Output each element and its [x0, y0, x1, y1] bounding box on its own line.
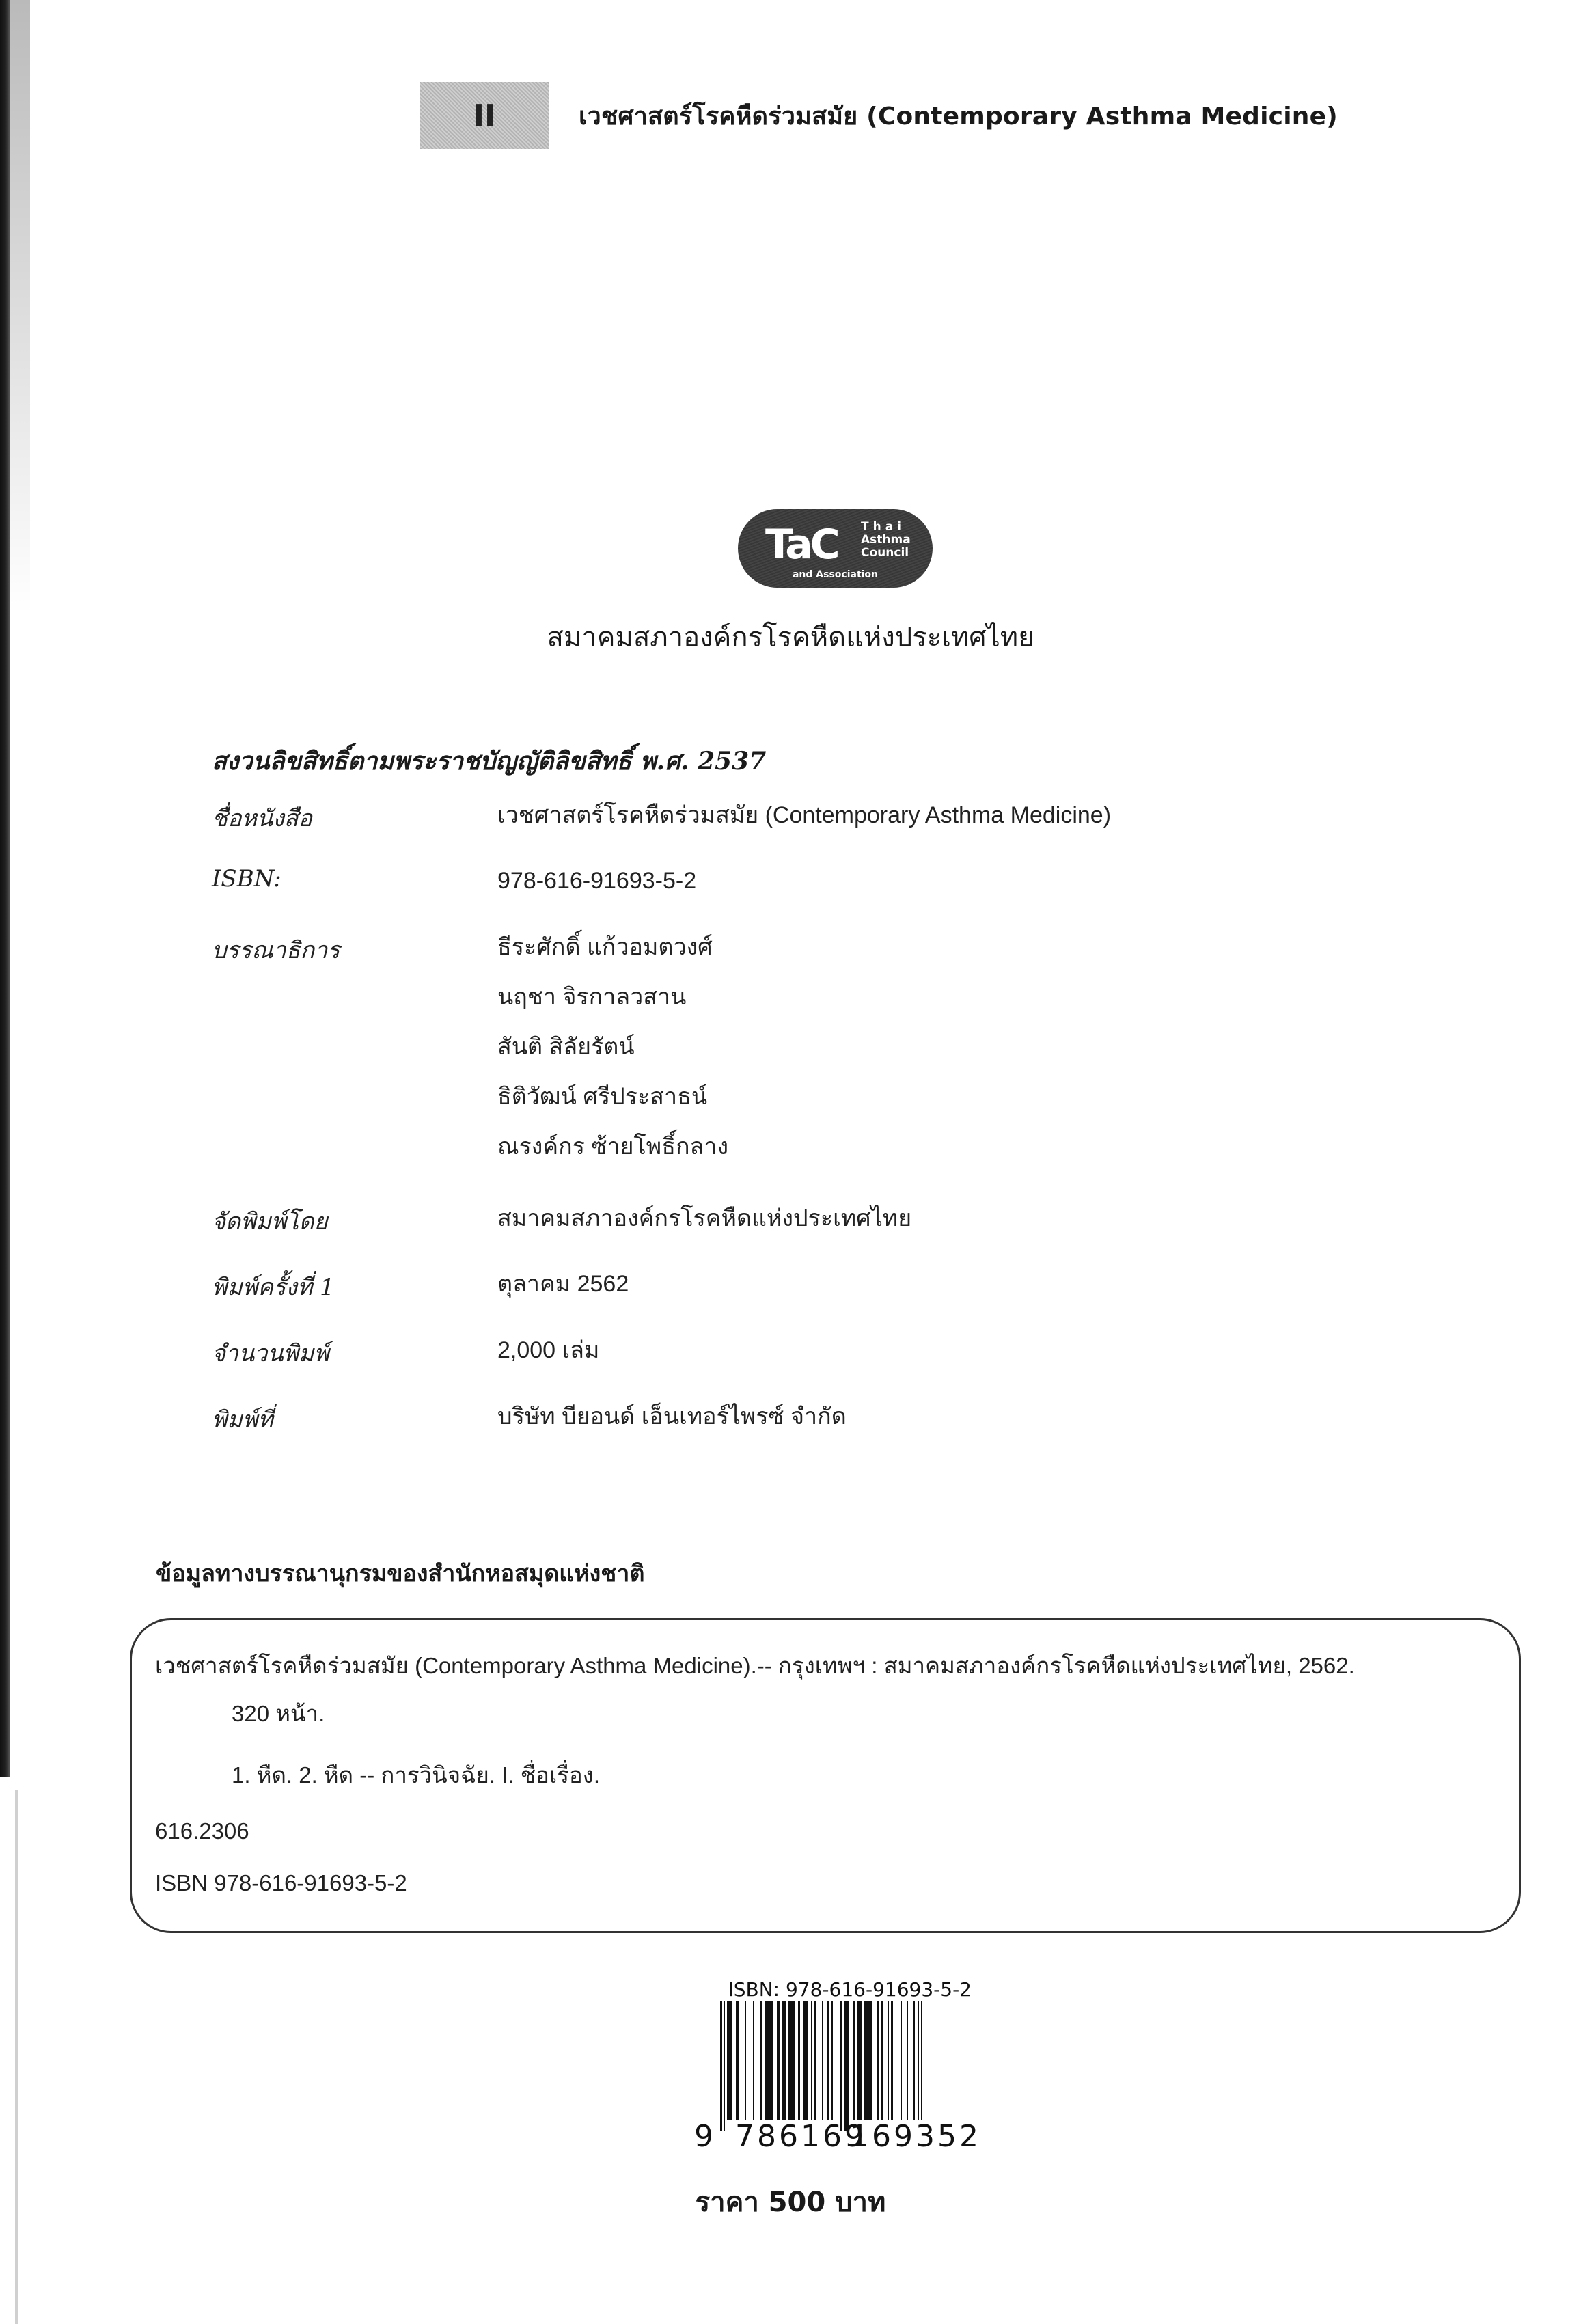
price: ราคา 500 บาท: [0, 2180, 1581, 2224]
detail-label: ISBN:: [212, 865, 497, 916]
organization-name: สมาคมสภาองค์กรโรคหืดแห่งประเทศไทย: [0, 615, 1581, 659]
scan-spine-edge: [0, 0, 10, 1777]
barcode-digit-lead: 9: [694, 2119, 716, 2154]
detail-label: จัดพิมพ์โดย: [212, 1203, 497, 1253]
catalog-entry-classification: 616.2306: [155, 1818, 249, 1844]
editor-name: ธิติวัฒน์ ศรีประสาธน์: [497, 1081, 728, 1131]
logo-line-association: and Association: [738, 569, 933, 580]
running-header: II เวชศาสตร์โรคหืดร่วมสมัย (Contemporary…: [420, 82, 1338, 149]
barcode-isbn-label: ISBN: 978-616-91693-5-2: [694, 1979, 974, 2001]
isbn-barcode: ISBN: 978-616-91693-5-2 9 786169 169352: [694, 1979, 974, 2161]
editor-name: สันติ สิลัยรัตน์: [497, 1031, 728, 1081]
detail-label: จำนวนพิมพ์: [212, 1335, 497, 1385]
logo-line-thai: Thai: [861, 521, 911, 534]
catalog-entry-isbn: ISBN 978-616-91693-5-2: [155, 1870, 407, 1896]
tac-logo-text: Thai Asthma Council: [861, 521, 911, 560]
catalog-box: เวชศาสตร์โรคหืดร่วมสมัย (Contemporary As…: [130, 1618, 1521, 1933]
running-header-title: เวชศาสตร์โรคหืดร่วมสมัย (Contemporary As…: [579, 96, 1338, 135]
detail-row-title: ชื่อหนังสือ เวชศาสตร์โรคหืดร่วมสมัย (Con…: [212, 799, 1111, 850]
detail-value: 978-616-91693-5-2: [497, 865, 696, 916]
catalog-heading: ข้อมูลทางบรรณานุกรมของสำนักหอสมุดแห่งชาต…: [156, 1555, 644, 1591]
catalog-entry-pages: 320 หน้า.: [232, 1695, 325, 1732]
logo-line-council: Council: [861, 547, 911, 560]
scan-spine-shadow: [10, 0, 30, 615]
detail-row-printer: พิมพ์ที่ บริษัท บียอนด์ เอ็นเทอร์ไพรซ์ จ…: [212, 1401, 847, 1451]
logo-line-asthma: Asthma: [861, 534, 911, 547]
editor-name: ณรงค์กร ซ้ายโพธิ์กลาง: [497, 1131, 728, 1181]
detail-value: 2,000 เล่ม: [497, 1335, 599, 1385]
barcode-digits-right: 169352: [850, 2119, 981, 2154]
detail-value: สมาคมสภาองค์กรโรคหืดแห่งประเทศไทย: [497, 1203, 911, 1253]
catalog-entry-title: เวชศาสตร์โรคหืดร่วมสมัย (Contemporary As…: [155, 1648, 1355, 1684]
copyright-heading: สงวนลิขสิทธิ์ตามพระราชบัญญัติลิขสิทธิ์ พ…: [212, 741, 766, 780]
detail-row-edition: พิมพ์ครั้งที่ 1 ตุลาคม 2562: [212, 1268, 629, 1319]
editor-name: ธีระศักดิ์ แก้วอมตวงศ์: [497, 931, 728, 981]
detail-row-publisher: จัดพิมพ์โดย สมาคมสภาองค์กรโรคหืดแห่งประเ…: [212, 1203, 911, 1253]
tac-logo-mark: TaC: [765, 524, 838, 565]
detail-value: ตุลาคม 2562: [497, 1268, 629, 1319]
tac-logo: TaC Thai Asthma Council and Association: [738, 509, 933, 588]
detail-value: เวชศาสตร์โรคหืดร่วมสมัย (Contemporary As…: [497, 799, 1111, 850]
page-number: II: [473, 98, 496, 133]
detail-label: บรรณาธิการ: [212, 931, 497, 1181]
detail-label: ชื่อหนังสือ: [212, 799, 497, 850]
editor-name: นฤชา จิรกาลวสาน: [497, 981, 728, 1031]
detail-label: พิมพ์ที่: [212, 1401, 497, 1451]
detail-row-isbn: ISBN: 978-616-91693-5-2: [212, 865, 696, 916]
detail-row-quantity: จำนวนพิมพ์ 2,000 เล่ม: [212, 1335, 599, 1385]
detail-value: บริษัท บียอนด์ เอ็นเทอร์ไพรซ์ จำกัด: [497, 1401, 847, 1451]
barcode-bars: [720, 2001, 972, 2120]
detail-label: พิมพ์ครั้งที่ 1: [212, 1268, 497, 1319]
barcode-digits-left: 786169: [735, 2119, 866, 2154]
scan-edge-line: [15, 1790, 18, 2324]
barcode-digits: 9 786169 169352: [694, 2120, 974, 2161]
page-number-box: II: [420, 82, 549, 149]
catalog-entry-subjects: 1. หืด. 2. หืด -- การวินิจฉัย. I. ชื่อเร…: [232, 1757, 600, 1793]
detail-row-editors: บรรณาธิการ ธีระศักดิ์ แก้วอมตวงศ์ นฤชา จ…: [212, 931, 728, 1181]
